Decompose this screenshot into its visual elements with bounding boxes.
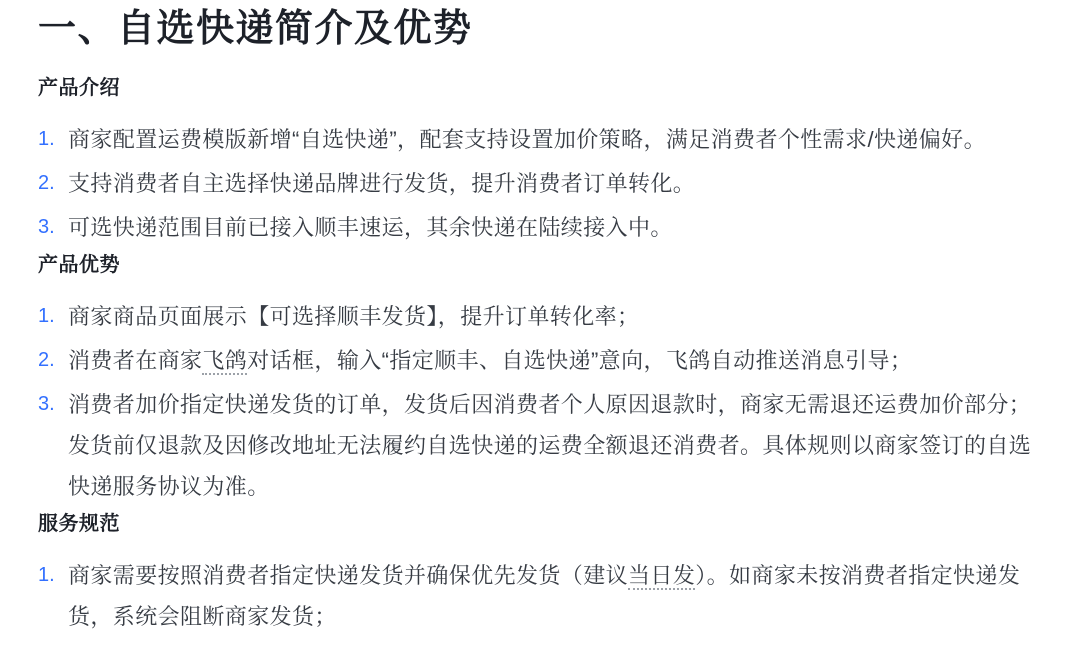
product-advantages-list: 1. 商家商品页面展示【可选择顺丰发货】，提升订单转化率； 2. 消费者在商家飞… [38,296,1046,507]
list-item-text: 商家商品页面展示【可选择顺丰发货】，提升订单转化率； [68,296,1046,337]
text-segment: 商家商品页面展示【可选择顺丰发货】，提升订单转化率； [68,304,639,329]
list-number: 3. [38,207,68,248]
section-heading-service-rules: 服务规范 [38,510,1046,538]
list-item: 2. 支持消费者自主选择快递品牌进行发货，提升消费者订单转化。 [38,163,1046,204]
service-rules-list: 1. 商家需要按照消费者指定快递发货并确保优先发货（建议当日发）。如商家未按消费… [38,555,1046,637]
document-body: 一、自选快递简介及优势 产品介绍 1. 商家配置运费模版新增“自选快递”，配套支… [0,0,1080,637]
text-segment: 消费者在商家 [68,348,202,373]
text-segment: 商家需要按照消费者指定快递发货并确保优先发货（建议 [68,563,628,588]
list-item: 1. 商家配置运费模版新增“自选快递”，配套支持设置加价策略，满足消费者个性需求… [38,119,1046,160]
list-item-text: 支持消费者自主选择快递品牌进行发货，提升消费者订单转化。 [68,163,1046,204]
section-heading-product-advantages: 产品优势 [38,251,1046,279]
list-item-text: 商家需要按照消费者指定快递发货并确保优先发货（建议当日发）。如商家未按消费者指定… [68,555,1046,637]
section-service-rules: 服务规范 1. 商家需要按照消费者指定快递发货并确保优先发货（建议当日发）。如商… [38,510,1046,637]
text-segment: 商家配置运费模版新增“自选快递”，配套支持设置加价策略，满足消费者个性需求/快递… [68,127,986,152]
list-number: 2. [38,163,68,204]
text-segment: 消费者加价指定快递发货的订单，发货后因消费者个人原因退款时，商家无需退还运费加价… [68,392,1031,499]
underlined-term: 当日发 [628,563,695,590]
section-product-intro: 产品介绍 1. 商家配置运费模版新增“自选快递”，配套支持设置加价策略，满足消费… [38,74,1046,248]
list-item-text: 可选快递范围目前已接入顺丰速运，其余快递在陆续接入中。 [68,207,1046,248]
page-title: 一、自选快递简介及优势 [38,4,1046,54]
list-number: 3. [38,384,68,425]
list-number: 1. [38,119,68,160]
text-segment: 可选快递范围目前已接入顺丰速运，其余快递在陆续接入中。 [68,215,673,240]
list-item: 3. 可选快递范围目前已接入顺丰速运，其余快递在陆续接入中。 [38,207,1046,248]
list-number: 1. [38,555,68,596]
list-item: 1. 商家商品页面展示【可选择顺丰发货】，提升订单转化率； [38,296,1046,337]
text-segment: 支持消费者自主选择快递品牌进行发货，提升消费者订单转化。 [68,171,695,196]
list-item-text: 消费者在商家飞鸽对话框，输入“指定顺丰、自选快递”意向，飞鸽自动推送消息引导； [68,340,1046,381]
list-number: 1. [38,296,68,337]
list-item: 1. 商家需要按照消费者指定快递发货并确保优先发货（建议当日发）。如商家未按消费… [38,555,1046,637]
list-item: 2. 消费者在商家飞鸽对话框，输入“指定顺丰、自选快递”意向，飞鸽自动推送消息引… [38,340,1046,381]
list-item-text: 商家配置运费模版新增“自选快递”，配套支持设置加价策略，满足消费者个性需求/快递… [68,119,1046,160]
product-intro-list: 1. 商家配置运费模版新增“自选快递”，配套支持设置加价策略，满足消费者个性需求… [38,119,1046,248]
section-product-advantages: 产品优势 1. 商家商品页面展示【可选择顺丰发货】，提升订单转化率； 2. 消费… [38,251,1046,507]
section-heading-product-intro: 产品介绍 [38,74,1046,102]
list-item: 3. 消费者加价指定快递发货的订单，发货后因消费者个人原因退款时，商家无需退还运… [38,384,1046,507]
list-item-text: 消费者加价指定快递发货的订单，发货后因消费者个人原因退款时，商家无需退还运费加价… [68,384,1046,507]
text-segment: 对话框，输入“指定顺丰、自选快递”意向，飞鸽自动推送消息引导； [247,348,912,373]
underlined-term: 飞鸽 [202,348,247,375]
list-number: 2. [38,340,68,381]
